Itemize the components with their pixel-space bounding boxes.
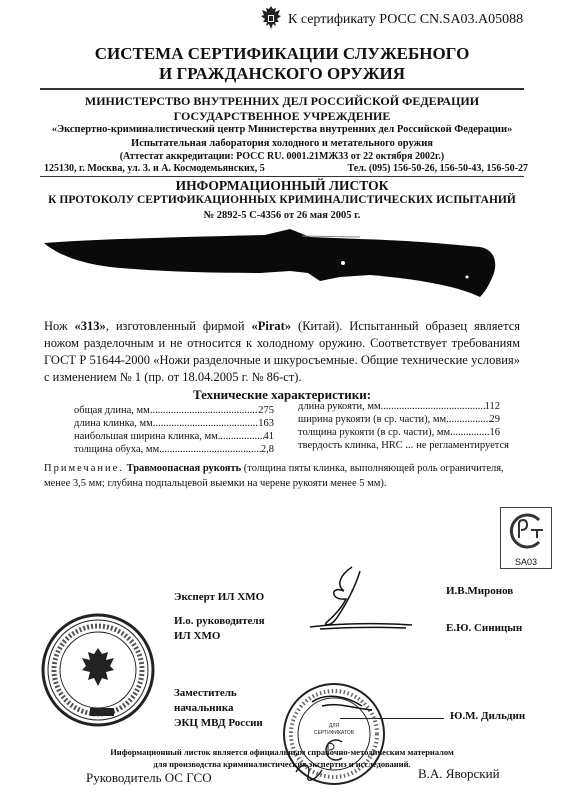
- document-title: ИНФОРМАЦИОННЫЙ ЛИСТОК: [0, 178, 564, 193]
- note-label: Примечание.: [44, 463, 124, 474]
- spec-row: ширина рукояти (в ср. части), мм29: [298, 413, 500, 426]
- spec-row: твердость клинка, HRC ...не регламентиру…: [298, 439, 500, 452]
- knife-model: «313»: [75, 319, 106, 333]
- role-line: ЭКЦ МВД России: [174, 716, 263, 731]
- signatory-3-role: Заместитель начальника ЭКЦ МВД России: [174, 686, 263, 731]
- gost-conformity-mark: SA03: [500, 507, 552, 569]
- accreditation: (Аттестат аккредитации: РОСС RU. 0001.21…: [0, 150, 564, 164]
- spec-value: 2,8: [261, 443, 274, 456]
- spec-value: 16: [490, 426, 501, 439]
- role-line: начальника: [174, 701, 263, 716]
- spec-value: 41: [264, 430, 275, 443]
- text: Нож: [44, 319, 75, 333]
- knife-image: [40, 225, 520, 300]
- system-title-line1: СИСТЕМА СЕРТИФИКАЦИИ СЛУЖЕБНОГО: [0, 44, 564, 64]
- footer-note-line: Информационный листок является официальн…: [0, 746, 564, 758]
- text: , изготовленный фирмой: [106, 319, 252, 333]
- spec-row: толщина рукояти (в ср. части), мм16: [298, 426, 500, 439]
- institution-name: «Экспертно-криминалистический центр Мини…: [0, 123, 564, 137]
- note-paragraph: Примечание. Травмоопасная рукоять (толщи…: [44, 461, 520, 491]
- certification-body-seal-icon: ДЛЯ СЕРТИФИКАТОВ: [282, 672, 386, 790]
- spec-row: общая длина, мм275: [74, 404, 274, 417]
- spec-label: длина клинка, мм: [74, 417, 153, 430]
- russian-eagle-emblem-icon: [258, 4, 284, 34]
- laboratory-name: Испытательная лаборатория холодного и ме…: [0, 137, 564, 151]
- document-number: № 2892-5 С-4356 от 26 мая 2005 г.: [0, 210, 564, 221]
- spec-value: 275: [258, 404, 274, 417]
- svg-text:ДЛЯ: ДЛЯ: [329, 723, 340, 729]
- ministry-name: МИНИСТЕРСТВО ВНУТРЕННИХ ДЕЛ РОССИЙСКОЙ Ф…: [0, 94, 564, 108]
- divider: [40, 88, 524, 90]
- specs-left-column: общая длина, мм275 длина клинка, мм163 н…: [74, 404, 274, 456]
- role-line: ИЛ ХМО: [174, 629, 265, 644]
- address: 125130, г. Москва, ул. З. и А. Космодемь…: [44, 163, 265, 174]
- institution-type: ГОСУДАРСТВЕННОЕ УЧРЕЖДЕНИЕ: [0, 109, 564, 123]
- head-name: В.А. Яворский: [418, 766, 500, 782]
- role-line: Заместитель: [174, 686, 263, 701]
- role-line: И.о. руководителя: [174, 614, 265, 629]
- spec-row: длина клинка, мм163: [74, 417, 274, 430]
- address-line: 125130, г. Москва, ул. З. и А. Космодемь…: [44, 163, 528, 174]
- spec-row: толщина обуха, мм2,8: [74, 443, 274, 456]
- spec-value: не регламентируется: [416, 439, 509, 452]
- svg-text:СЕРТИФИКАТОВ: СЕРТИФИКАТОВ: [314, 730, 355, 736]
- signatory-2-role: И.о. руководителя ИЛ ХМО: [174, 614, 265, 644]
- system-title: СИСТЕМА СЕРТИФИКАЦИИ СЛУЖЕБНОГО И ГРАЖДА…: [0, 44, 564, 84]
- spec-value: 163: [258, 417, 274, 430]
- spec-label: общая длина, мм: [74, 404, 150, 417]
- spec-label: толщина рукояти (в ср. части), мм: [298, 426, 450, 439]
- gost-r-mark-icon: [501, 508, 551, 552]
- phones: Тел. (095) 156-50-26, 156-50-43, 156-50-…: [348, 163, 528, 174]
- spec-label: ширина рукояти (в ср. части), мм: [298, 413, 446, 426]
- description-paragraph: Нож «313», изготовленный фирмой «Pirat» …: [44, 318, 520, 386]
- mark-code: SA03: [501, 557, 551, 567]
- system-title-line2: И ГРАЖДАНСКОГО ОРУЖИЯ: [0, 64, 564, 84]
- signatory-1-name: И.В.Миронов: [446, 585, 513, 597]
- document-subtitle: К ПРОТОКОЛУ СЕРТИФИКАЦИОННЫХ КРИМИНАЛИСТ…: [0, 194, 564, 206]
- signature-mironov: [300, 565, 420, 635]
- spec-row: длина рукояти, мм112: [298, 400, 500, 413]
- note-emphasis: Травмоопасная рукоять: [127, 463, 242, 474]
- manufacturer: «Pirat»: [252, 319, 292, 333]
- spec-label: наибольшая ширина клинка, мм: [74, 430, 218, 443]
- spec-value: 29: [490, 413, 501, 426]
- signatory-1-role: Эксперт ИЛ ХМО: [174, 590, 264, 605]
- spec-value: 112: [485, 400, 500, 413]
- head-role: Руководитель ОС ГСО: [86, 770, 212, 786]
- specs-right-column: длина рукояти, мм112 ширина рукояти (в с…: [298, 400, 500, 452]
- spec-row: наибольшая ширина клинка, мм41: [74, 430, 274, 443]
- divider: [40, 176, 524, 177]
- signatory-3-name: Ю.М. Дильдин: [450, 710, 525, 722]
- spec-label: твердость клинка, HRC ...: [298, 439, 413, 452]
- official-round-seal-icon: [40, 612, 156, 728]
- certificate-reference: К сертификату РОСС CN.SA03.A05088: [288, 12, 523, 28]
- spec-label: длина рукояти, мм: [298, 400, 381, 413]
- signatory-2-name: Е.Ю. Синицын: [446, 622, 522, 634]
- spec-label: толщина обуха, мм: [74, 443, 159, 456]
